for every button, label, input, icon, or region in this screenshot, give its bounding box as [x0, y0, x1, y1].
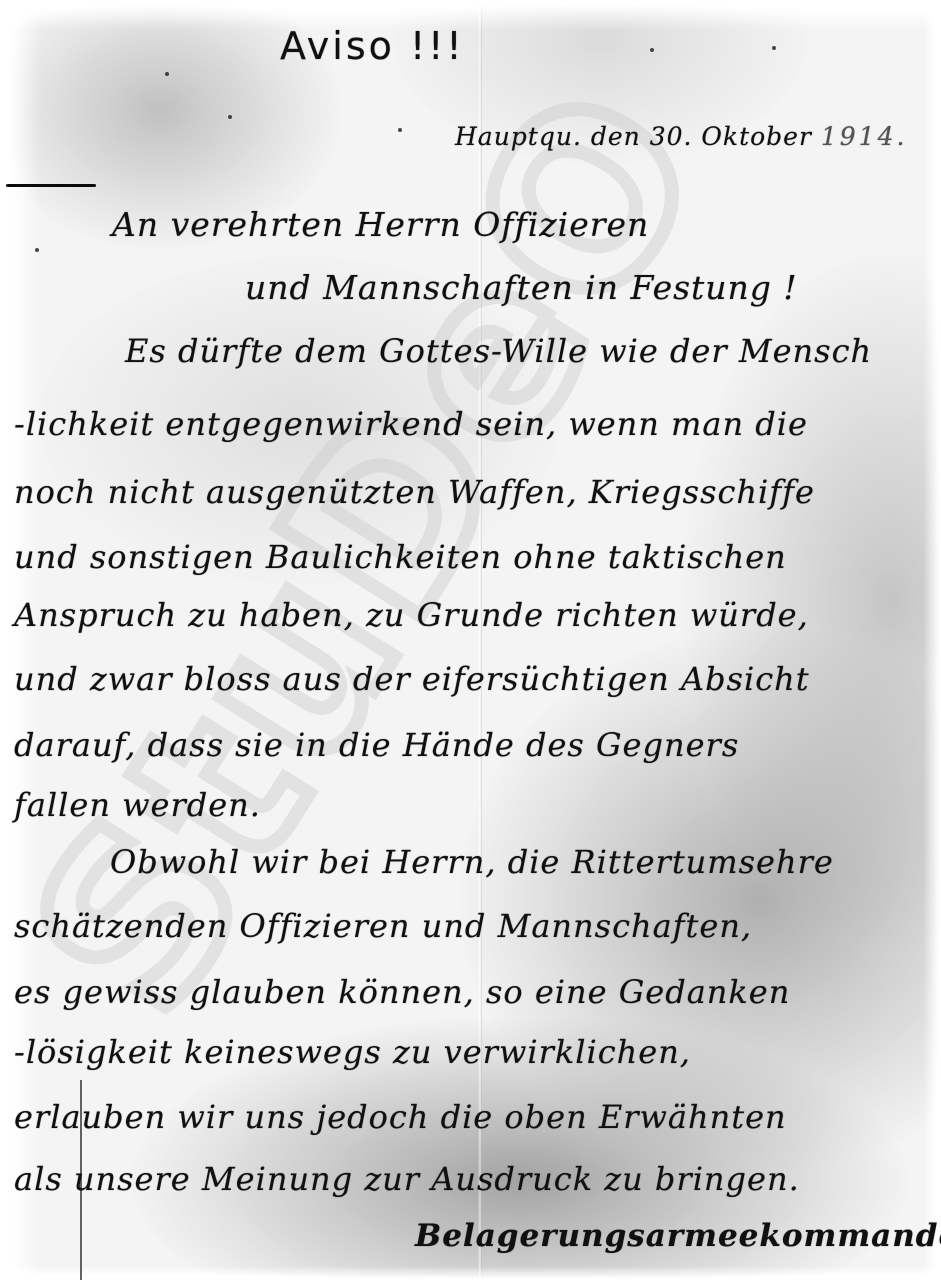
date-text: den 30. Oktober — [591, 122, 812, 151]
ink-speck — [228, 115, 232, 119]
signature: Belagerungsarmeekommando. — [415, 1218, 941, 1254]
body-line: Obwohl wir bei Herrn, die Rittertumsehre — [110, 843, 834, 881]
date-year: 1914. — [821, 122, 908, 151]
body-line: darauf, dass sie in die Hände des Gegner… — [14, 726, 739, 764]
salutation-line: An verehrten Herrn Offizieren — [112, 205, 649, 244]
body-line: -lichkeit entgegenwirkend sein, wenn man… — [14, 405, 808, 443]
ink-speck — [772, 46, 776, 50]
date-line: Hauptqu. den 30. Oktober 1914. — [455, 122, 907, 151]
body-line: als unsere Meinung zur Ausdruck zu bring… — [14, 1160, 800, 1198]
paper-fold-crease — [478, 0, 482, 1280]
ink-speck — [650, 48, 654, 52]
salutation-line: und Mannschaften in Festung ! — [245, 268, 798, 307]
body-line: es gewiss glauben können, so eine Gedank… — [14, 973, 790, 1011]
ink-speck — [398, 128, 402, 132]
body-line: fallen werden. — [14, 786, 261, 824]
body-line: erlauben wir uns jedoch die oben Erwähnt… — [14, 1098, 787, 1136]
document-photo: StuDeO Aviso !!! Hauptqu. den 30. Oktobe… — [0, 0, 941, 1280]
ink-speck — [165, 72, 169, 76]
body-line: schätzenden Offizieren und Mannschaften, — [14, 907, 752, 945]
body-line: und sonstigen Baulichkeiten ohne taktisc… — [14, 538, 787, 576]
document-title: Aviso !!! — [280, 24, 465, 68]
paper-edge-top — [0, 0, 941, 30]
ink-speck — [35, 248, 39, 252]
date-place: Hauptqu. — [455, 122, 582, 151]
ink-dash-mark — [6, 184, 96, 187]
body-line: noch nicht ausgenützten Waffen, Kriegssc… — [14, 473, 815, 511]
body-line: und zwar bloss aus der eifersüchtigen Ab… — [14, 660, 810, 698]
body-line: Es dürfte dem Gottes-Wille wie der Mensc… — [125, 332, 872, 370]
body-line: Anspruch zu haben, zu Grunde richten wür… — [14, 596, 809, 634]
paper-edge-bottom — [0, 1266, 941, 1280]
paper-edge-right — [923, 0, 941, 1280]
body-line: -lösigkeit keineswegs zu verwirklichen, — [14, 1033, 691, 1071]
paper-edge-left — [0, 0, 40, 1280]
